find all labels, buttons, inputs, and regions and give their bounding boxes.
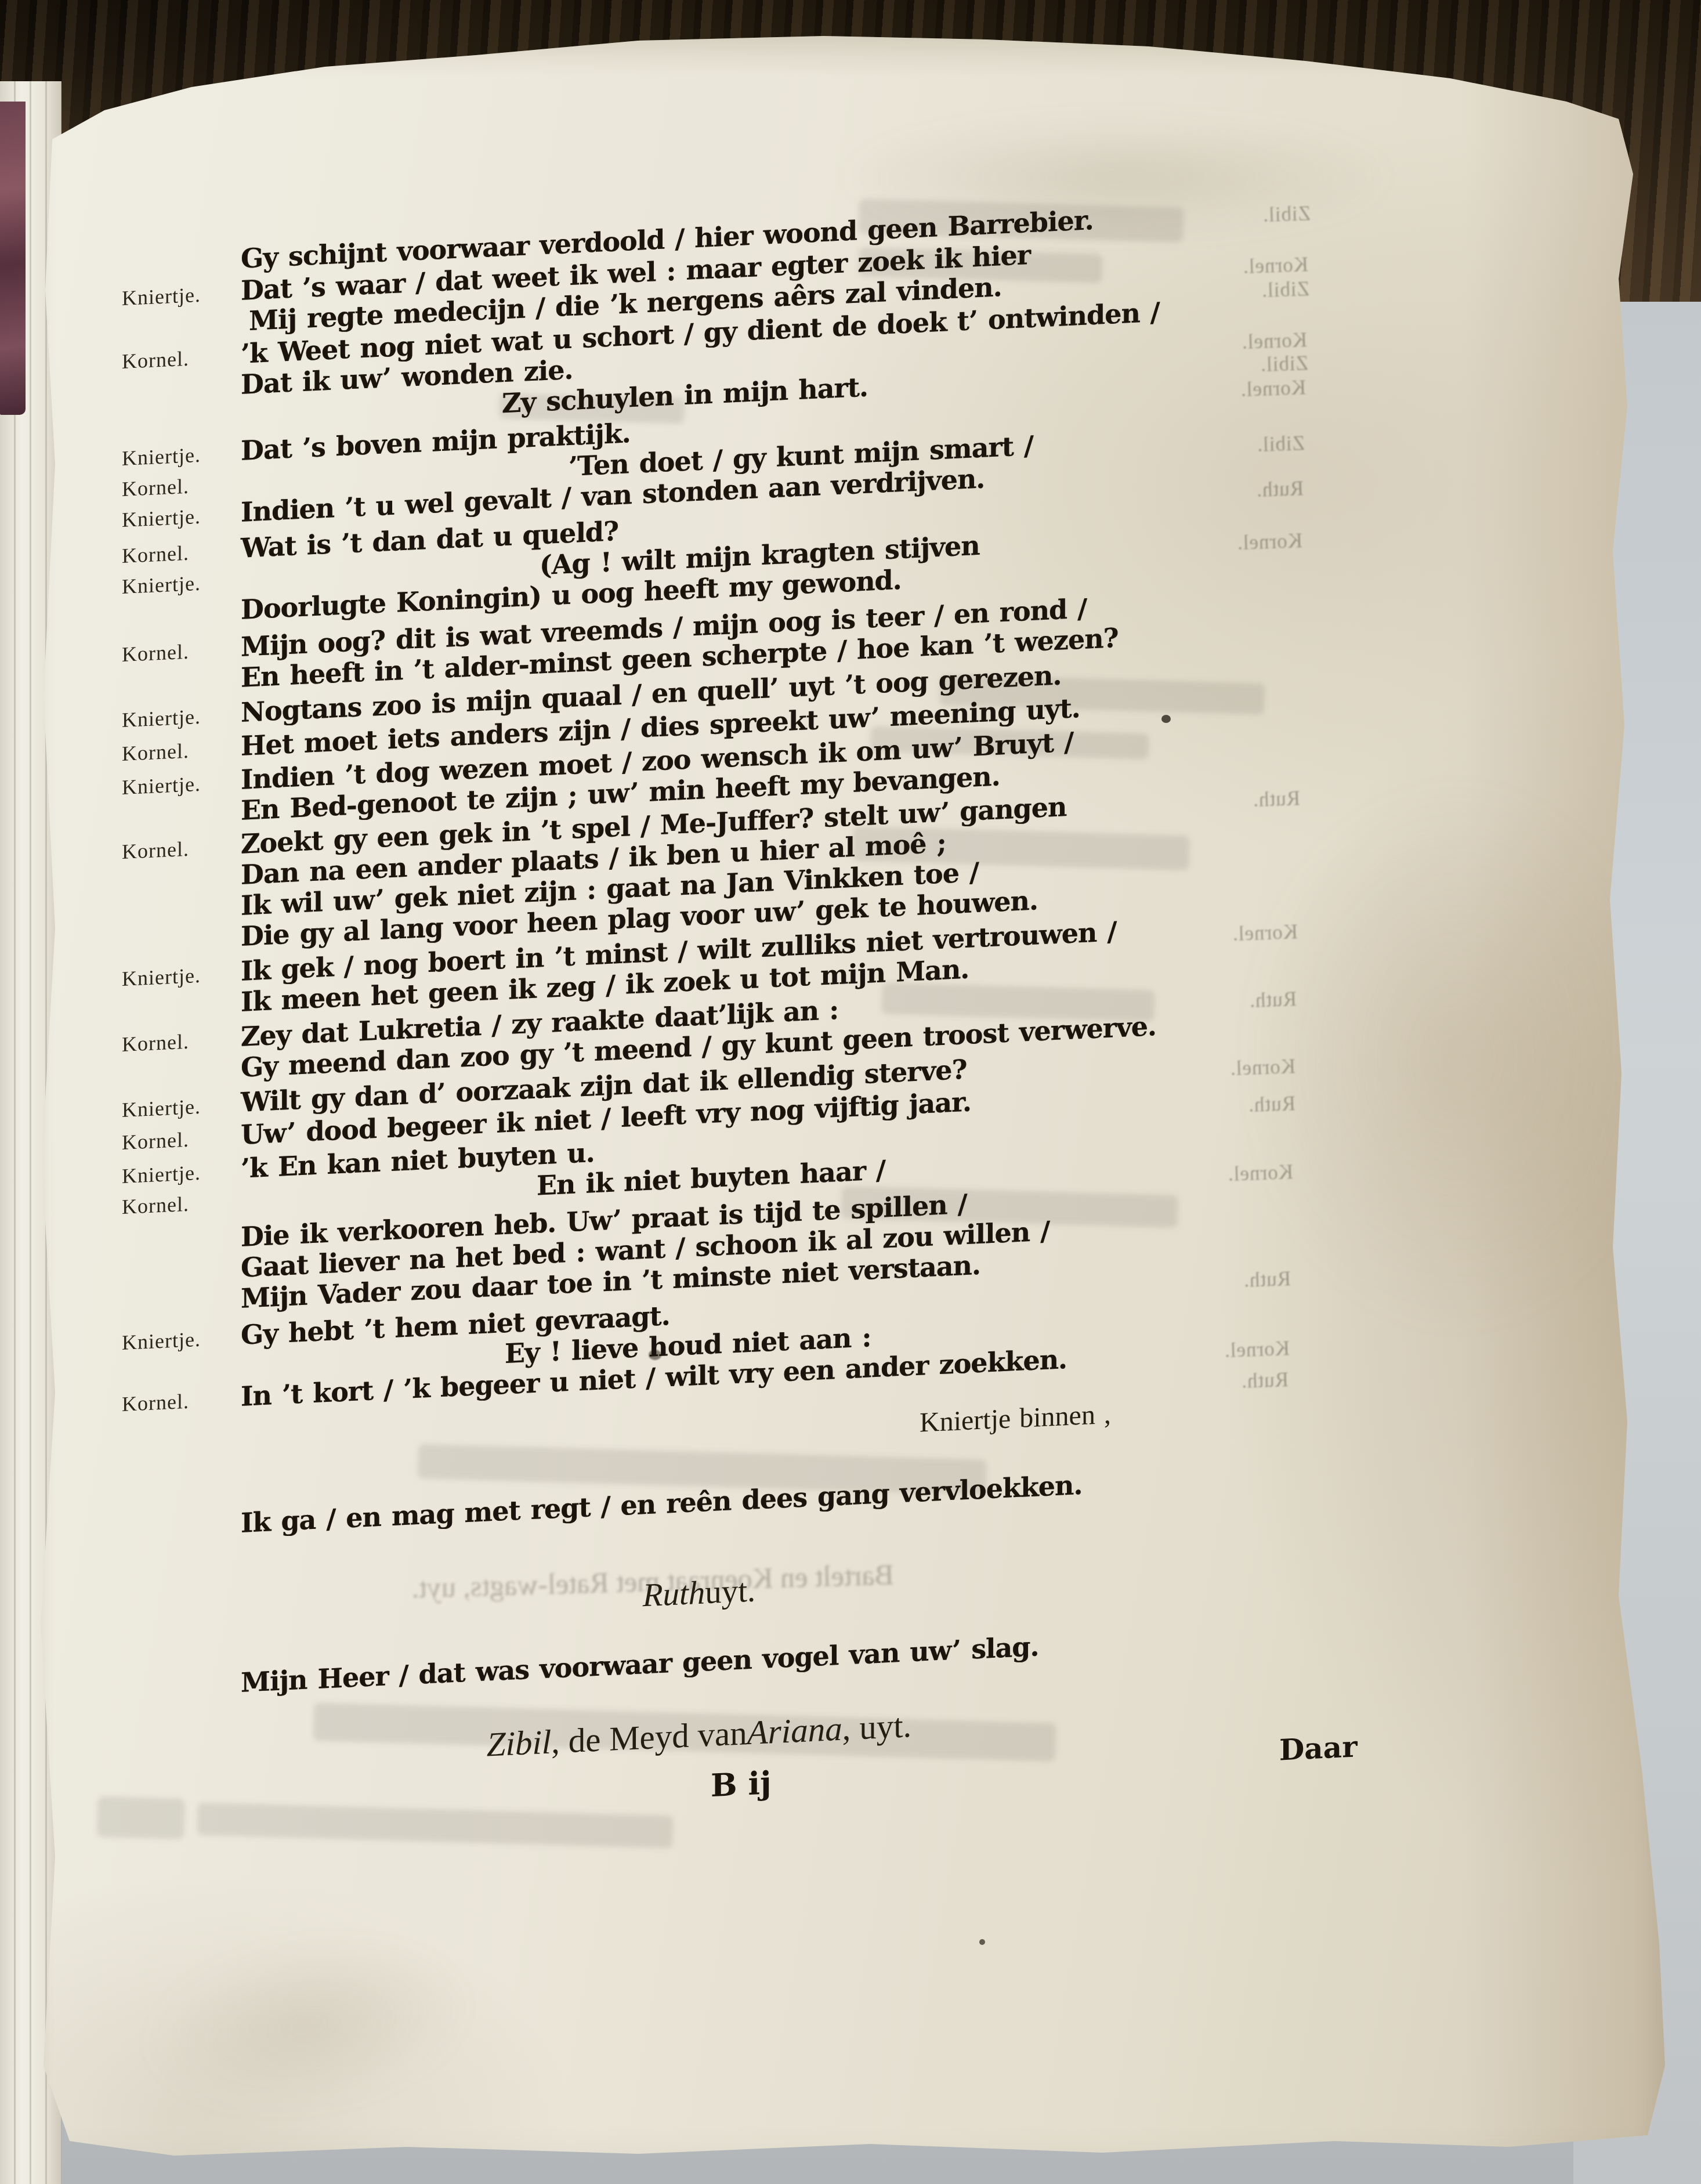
- dialogue-row: Mijn Heer / dat was voorwaar geen vogel …: [122, 1620, 1276, 1703]
- speaker-label: Kornel.: [122, 736, 241, 766]
- catchword: Daar: [1279, 1729, 1358, 1767]
- speaker-label: [122, 915, 241, 920]
- speaker-label: Kornel.: [122, 1125, 241, 1155]
- speaker-label: [122, 394, 241, 399]
- speaker-label: [122, 1308, 241, 1313]
- stage-direction-text: , uyt.: [842, 1705, 912, 1748]
- speaker-label: [122, 1277, 241, 1282]
- photographed-book-page: Zibil. Kornel. Zibil. Kornel. Zibil. Kor…: [0, 0, 1701, 2184]
- paper-stain: [1247, 783, 1665, 1329]
- speaker-label: [122, 1246, 241, 1252]
- speaker-label: [122, 687, 241, 692]
- speaker-label: [122, 946, 241, 951]
- dialogue-row: Ik ga / en mag met regt / en reên dees g…: [122, 1460, 1276, 1543]
- stage-direction-name: Zibil: [487, 1722, 552, 1764]
- speaker-label: [122, 619, 241, 624]
- speaker-label: [122, 1375, 241, 1380]
- speaker-label: Kornel.: [122, 1189, 241, 1219]
- speaker-label: Kniertje.: [122, 1093, 241, 1122]
- speaker-label: Kornel.: [122, 1387, 241, 1416]
- stage-direction-text: , de Meyd van: [551, 1713, 747, 1762]
- speaker-label: [122, 268, 241, 273]
- stage-direction-name: Ruth: [643, 1574, 705, 1614]
- speaker-label: [122, 1077, 241, 1082]
- speaker-label: [122, 1532, 241, 1538]
- speaker-label: [122, 425, 241, 430]
- marbled-cover-edge: [0, 102, 26, 415]
- ink-speck: [979, 1939, 985, 1945]
- stage-direction-text: uyt.: [705, 1571, 755, 1611]
- speaker-label: [122, 884, 241, 889]
- page-leaf: Zibil. Kornel. Zibil. Kornel. Zibil. Kor…: [0, 0, 1701, 2184]
- speaker-label: [122, 331, 241, 336]
- stage-direction-ruth-exit: Ruth uyt.: [122, 1548, 1276, 1637]
- stage-direction-name: Ariana: [747, 1709, 842, 1753]
- speaker-label: [122, 1011, 241, 1017]
- signature-mark: B ij: [711, 1764, 772, 1804]
- dialogue-text: Mijn Heer / dat was voorwaar geen vogel …: [241, 1630, 1039, 1698]
- stage-direction-text: Kniertje binnen ,: [920, 1398, 1111, 1439]
- paper-stain: [135, 1919, 481, 2131]
- speaker-label: Kniertje.: [122, 502, 241, 532]
- speaker-label: [122, 820, 241, 825]
- speaker-label: Kniertje.: [122, 703, 241, 732]
- dialogue-text: Ik ga / en mag met regt / en reên dees g…: [241, 1469, 1083, 1539]
- text-block: Gy schijnt voorwaar verdoold / hier woon…: [122, 196, 1276, 1831]
- speaker-label: [122, 1692, 241, 1697]
